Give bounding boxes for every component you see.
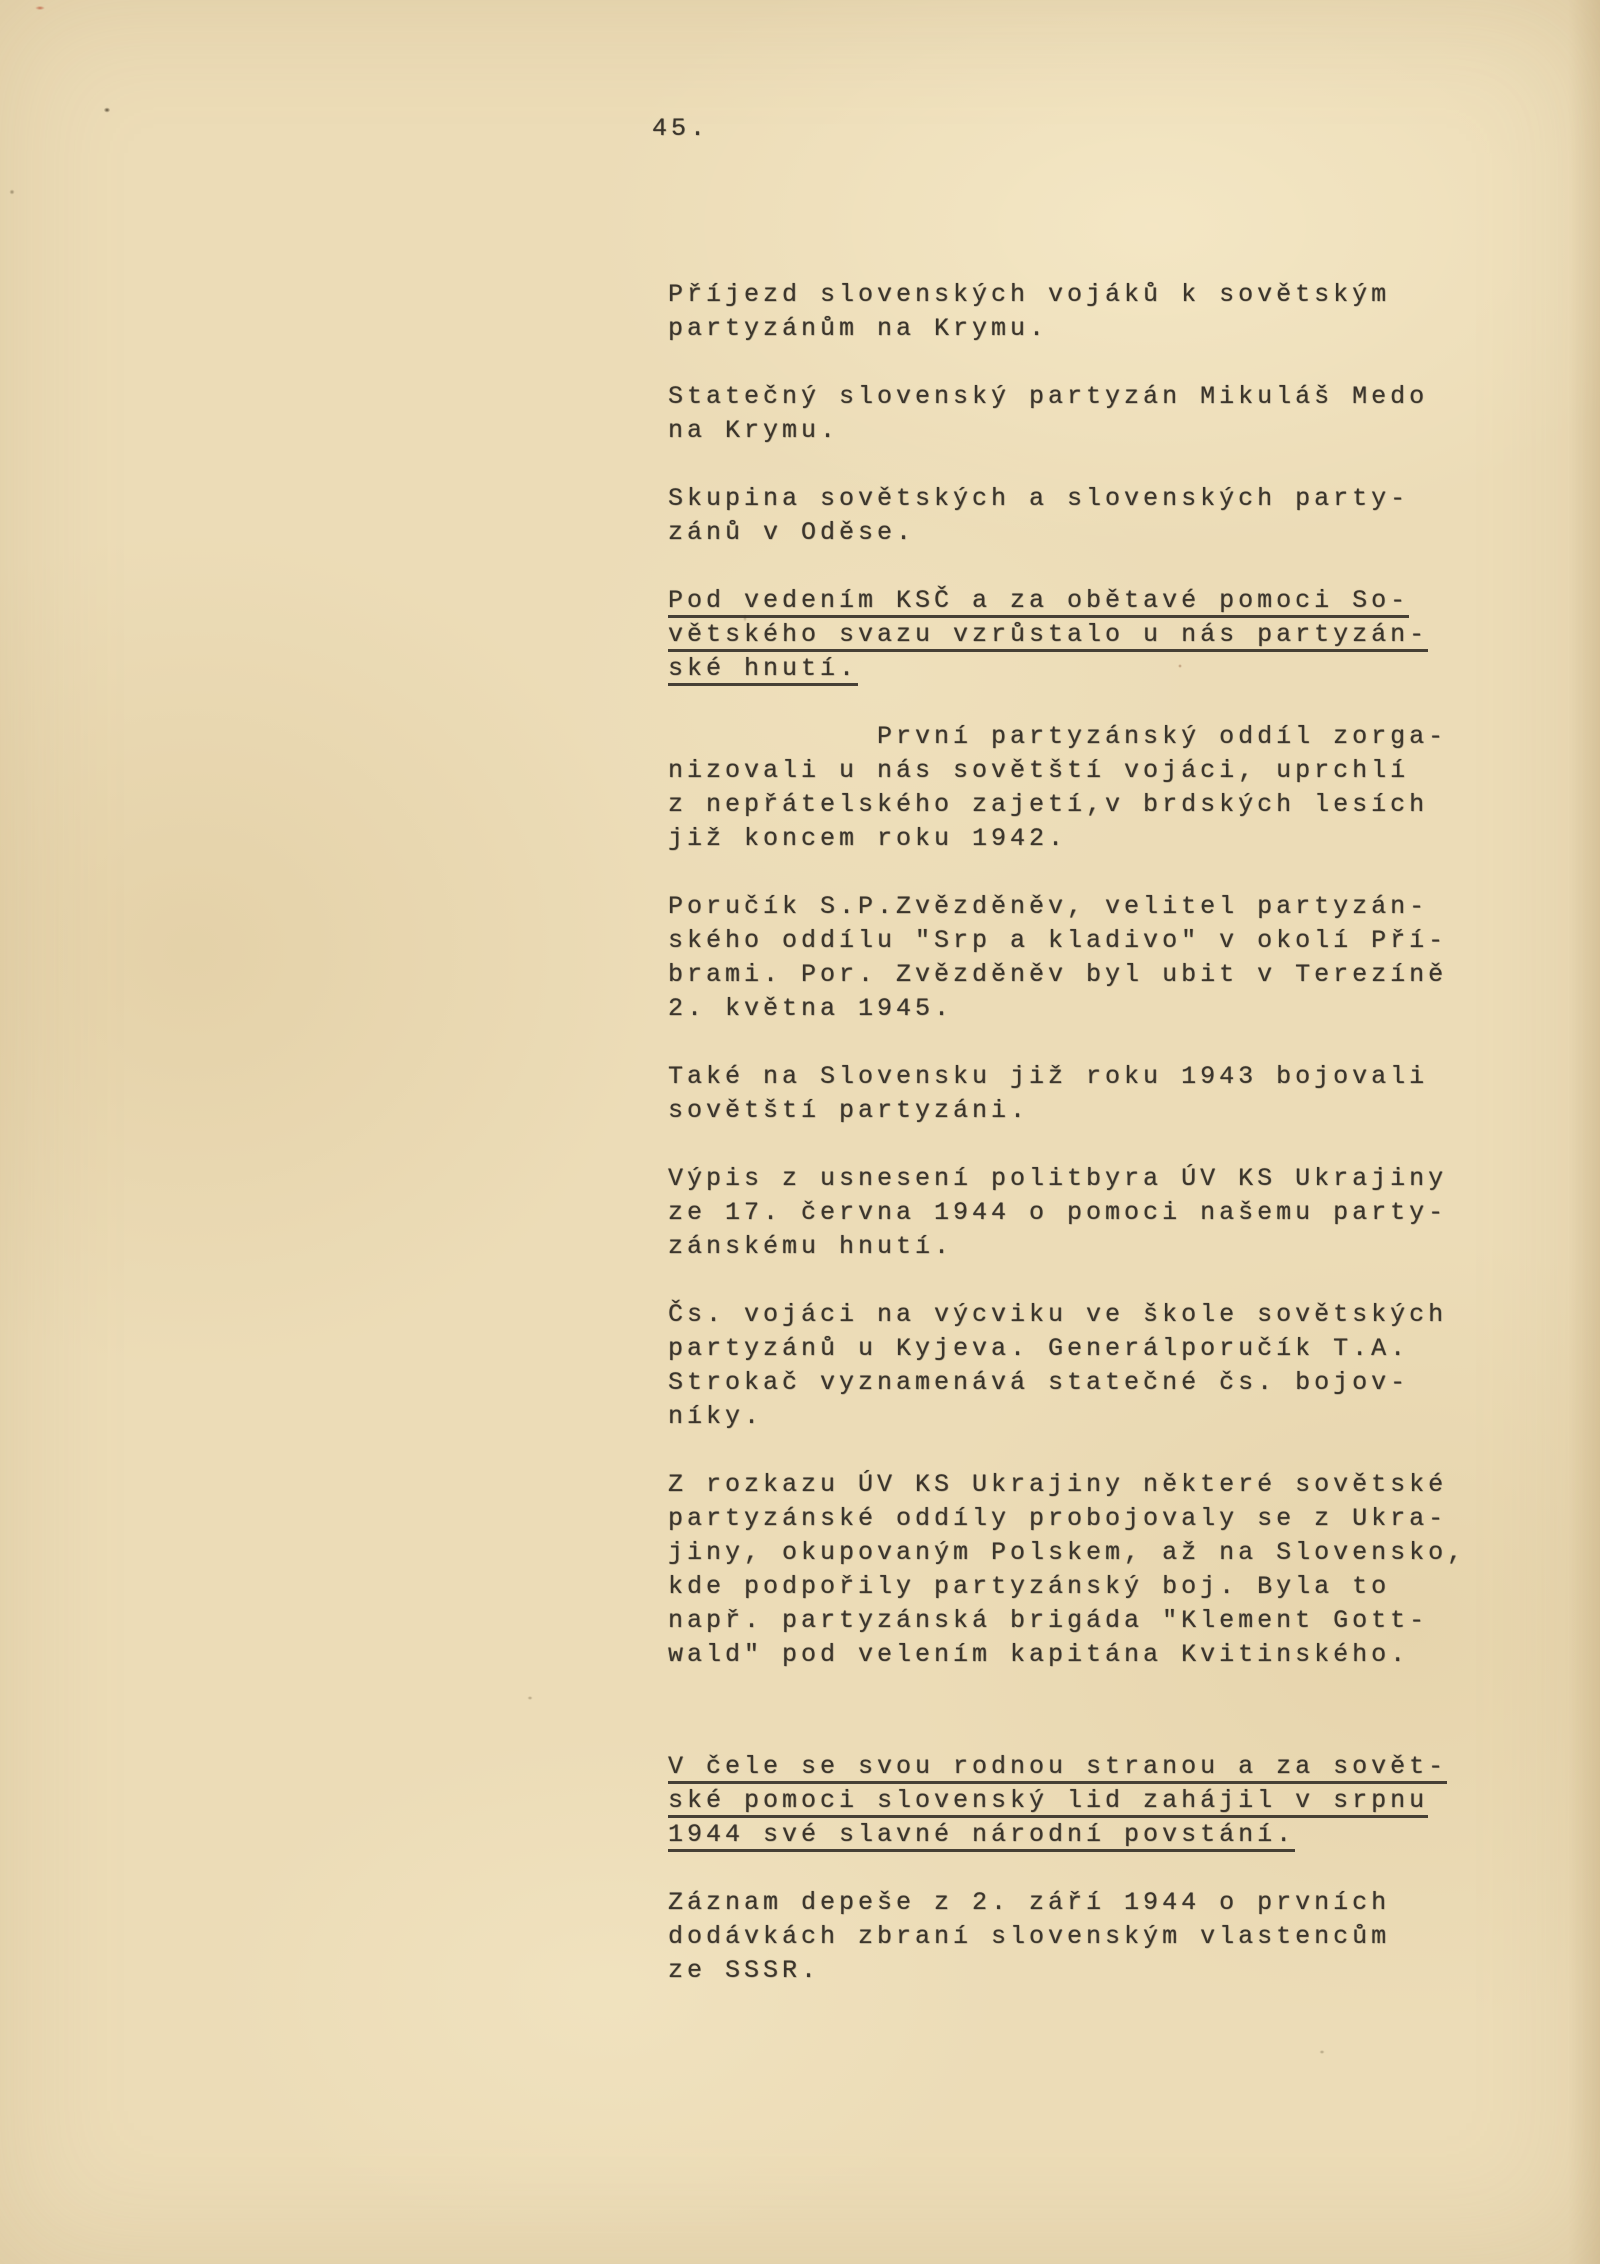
text-line: Také na Slovensku již roku 1943 bojovali	[668, 1060, 1528, 1094]
paragraph-caption-mikulas-medo: Statečný slovenský partyzán Mikuláš Medo…	[668, 380, 1528, 448]
text-line: ského oddílu "Srp a kladivo" v okolí Pří…	[668, 924, 1528, 958]
text-line: Čs. vojáci na výcviku ve škole sovětskýc…	[668, 1298, 1528, 1332]
text-line: 1944 své slavné národní povstání.	[668, 1818, 1528, 1852]
paragraph-body-dispatch-sssr: Záznam depeše z 2. září 1944 o prvníchdo…	[668, 1886, 1528, 1988]
text-line: partyzánské oddíly probojovaly se z Ukra…	[668, 1502, 1528, 1536]
text-line: partyzánům na Krymu.	[668, 312, 1528, 346]
text-line: Výpis z usnesení politbyra ÚV KS Ukrajin…	[668, 1162, 1528, 1196]
text-line: Poručík S.P.Zvězděněv, velitel partyzán-	[668, 890, 1528, 924]
paragraph-body-gottwald-brigade: Z rozkazu ÚV KS Ukrajiny některé sovětsk…	[668, 1468, 1528, 1672]
text-line: Statečný slovenský partyzán Mikuláš Medo	[668, 380, 1528, 414]
text-line: Skupina sovětských a slovenských party-	[668, 482, 1528, 516]
text-line: na Krymu.	[668, 414, 1528, 448]
paragraph-body-zvezdenev: Poručík S.P.Zvězděněv, velitel partyzán-…	[668, 890, 1528, 1026]
text-line: zánskému hnutí.	[668, 1230, 1528, 1264]
text-line: např. partyzánská brigáda "Klement Gott-	[668, 1604, 1528, 1638]
text-line: kde podpořily partyzánský boj. Byla to	[668, 1570, 1528, 1604]
text-line: dodávkách zbraní slovenským vlastencům	[668, 1920, 1528, 1954]
paragraph-body-slovakia-1943: Také na Slovensku již roku 1943 bojovali…	[668, 1060, 1528, 1128]
paragraph-caption-politburo-excerpt: Výpis z usnesení politbyra ÚV KS Ukrajin…	[668, 1162, 1528, 1264]
text-line: brami. Por. Zvězděněv byl ubit v Terezín…	[668, 958, 1528, 992]
text-line: První partyzánský oddíl zorga-	[668, 720, 1528, 754]
text-line: zánů v Oděse.	[668, 516, 1528, 550]
paragraph-caption-odessa-group: Skupina sovětských a slovenských party-z…	[668, 482, 1528, 550]
text-line: níky.	[668, 1400, 1528, 1434]
text-line: jiny, okupovaným Polskem, až na Slovensk…	[668, 1536, 1528, 1570]
text-line: již koncem roku 1942.	[668, 822, 1528, 856]
paragraph-heading-national-uprising: V čele se svou rodnou stranou a za sovět…	[668, 1750, 1528, 1852]
text-line: partyzánů u Kyjeva. Generálporučík T.A.	[668, 1332, 1528, 1366]
paragraph-body-first-partisan-unit: První partyzánský oddíl zorga-nizovali u…	[668, 720, 1528, 856]
text-line: Příjezd slovenských vojáků k sovětským	[668, 278, 1528, 312]
text-line: větského svazu vzrůstalo u nás partyzán-	[668, 618, 1528, 652]
text-line: ze 17. června 1944 o pomoci našemu party…	[668, 1196, 1528, 1230]
paragraph-caption-training-kyiv: Čs. vojáci na výcviku ve škole sovětskýc…	[668, 1298, 1528, 1434]
page-number: 45.	[652, 112, 709, 146]
text-line: Strokač vyznamenává statečné čs. bojov-	[668, 1366, 1528, 1400]
document-page: 45. Příjezd slovenských vojáků k sovětsk…	[0, 0, 1600, 2264]
text-line: Z rozkazu ÚV KS Ukrajiny některé sovětsk…	[668, 1468, 1528, 1502]
text-line: wald" pod velením kapitána Kvitinského.	[668, 1638, 1528, 1672]
paragraph-heading-ksc-leadership: Pod vedením KSČ a za obětavé pomoci So-v…	[668, 584, 1528, 686]
text-line: z nepřátelského zajetí,v brdských lesích	[668, 788, 1528, 822]
text-line: nizovali u nás sovětští vojáci, uprchlí	[668, 754, 1528, 788]
text-line: Záznam depeše z 2. září 1944 o prvních	[668, 1886, 1528, 1920]
text-column: Příjezd slovenských vojáků k sovětskýmpa…	[668, 278, 1528, 2022]
text-line: ské pomoci slovenský lid zahájil v srpnu	[668, 1784, 1528, 1818]
text-line: ze SSSR.	[668, 1954, 1528, 1988]
text-line: V čele se svou rodnou stranou a za sovět…	[668, 1750, 1528, 1784]
text-line: ské hnutí.	[668, 652, 1528, 686]
text-line: 2. května 1945.	[668, 992, 1528, 1026]
text-line: sovětští partyzáni.	[668, 1094, 1528, 1128]
text-line: Pod vedením KSČ a za obětavé pomoci So-	[668, 584, 1528, 618]
paragraph-caption-slovak-arrival-crimea: Příjezd slovenských vojáků k sovětskýmpa…	[668, 278, 1528, 346]
